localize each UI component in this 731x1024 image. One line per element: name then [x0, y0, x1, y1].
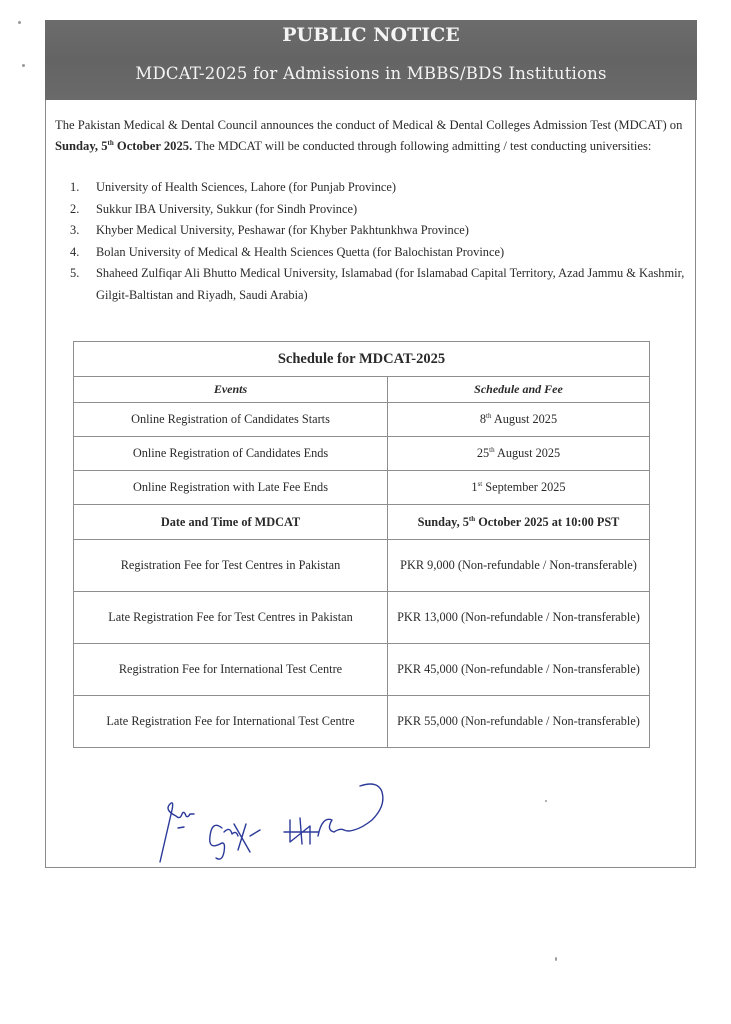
- intro-text: The Pakistan Medical & Dental Council an…: [55, 118, 682, 132]
- schedule-title: Schedule for MDCAT-2025: [74, 342, 650, 377]
- list-item: 1.University of Health Sciences, Lahore …: [70, 177, 700, 199]
- table-row: Late Registration Fee for International …: [74, 696, 650, 748]
- table-row: Registration Fee for Test Centres in Pak…: [74, 540, 650, 592]
- scan-speck: [22, 64, 25, 67]
- schedule-table: Schedule for MDCAT-2025 Events Schedule …: [73, 341, 650, 748]
- list-item: 4.Bolan University of Medical & Health S…: [70, 242, 700, 264]
- table-row: Online Registration of Candidates Ends 2…: [74, 437, 650, 471]
- signatures: [150, 770, 410, 870]
- university-list: 1.University of Health Sciences, Lahore …: [70, 177, 700, 306]
- notice-banner: PUBLIC NOTICE MDCAT-2025 for Admissions …: [45, 20, 697, 100]
- intro-paragraph: The Pakistan Medical & Dental Council an…: [55, 115, 695, 157]
- intro-text-2: The MDCAT will be conducted through foll…: [192, 139, 651, 153]
- table-row: Late Registration Fee for Test Centres i…: [74, 592, 650, 644]
- table-row: Date and Time of MDCAT Sunday, 5th Octob…: [74, 505, 650, 540]
- list-item: 5.Shaheed Zulfiqar Ali Bhutto Medical Un…: [70, 263, 700, 306]
- list-item: 3.Khyber Medical University, Peshawar (f…: [70, 220, 700, 242]
- column-header-schedule: Schedule and Fee: [388, 377, 650, 403]
- scan-speck: [18, 21, 21, 24]
- scan-speck: [555, 957, 557, 961]
- notice-title: PUBLIC NOTICE: [45, 24, 697, 46]
- table-row: Online Registration of Candidates Starts…: [74, 403, 650, 437]
- table-row: Online Registration with Late Fee Ends 1…: [74, 471, 650, 505]
- list-item: 2.Sukkur IBA University, Sukkur (for Sin…: [70, 199, 700, 221]
- notice-subtitle: MDCAT-2025 for Admissions in MBBS/BDS In…: [45, 64, 697, 83]
- column-header-events: Events: [74, 377, 388, 403]
- table-row: Registration Fee for International Test …: [74, 644, 650, 696]
- intro-date: Sunday, 5th October 2025.: [55, 139, 192, 153]
